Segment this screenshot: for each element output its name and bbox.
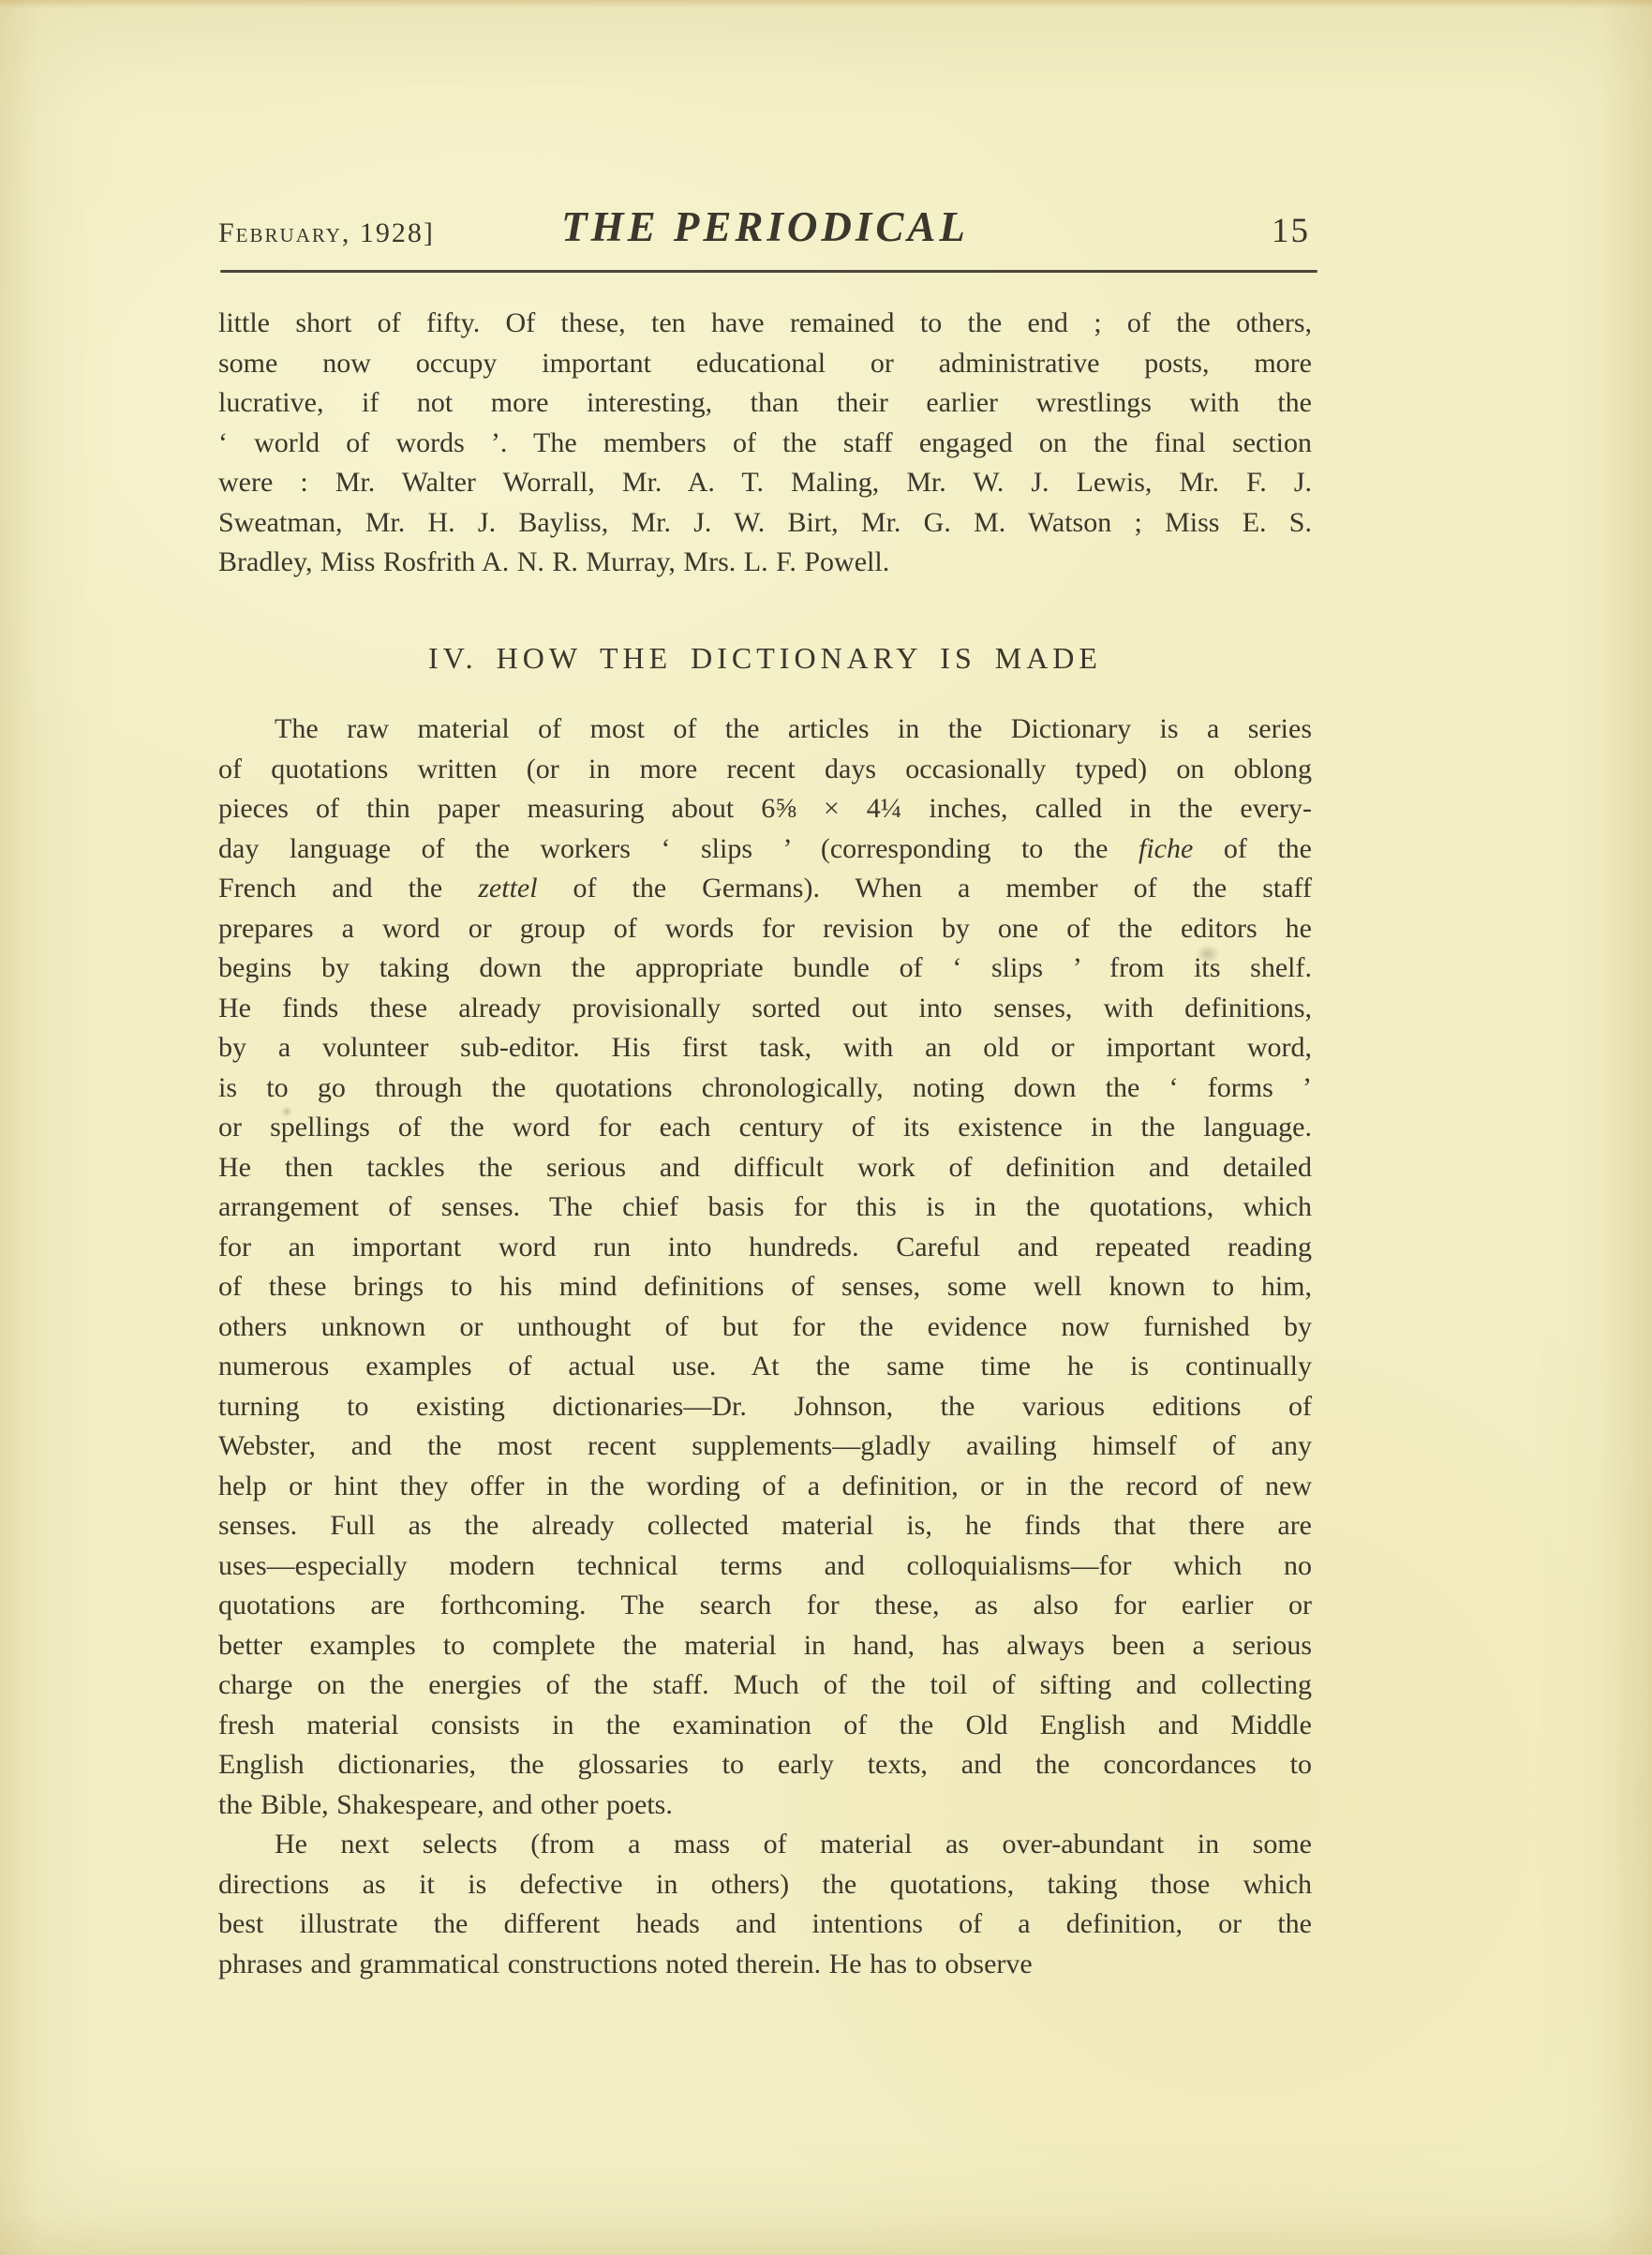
page-header: February, 1928] THE PERIODICAL 15	[218, 202, 1312, 251]
paragraph-how-made: The raw material of most of the articles…	[218, 709, 1312, 1825]
text-line: prepares a word or group of words for re…	[218, 909, 1312, 949]
body-text: little short of fifty. Of these, ten hav…	[218, 307, 1312, 338]
body-text: day language of the workers ‘ slips ’ (c…	[218, 833, 1139, 864]
body-text: or spellings of the word for each centur…	[218, 1112, 1312, 1142]
body-text: directions as it is defective in others)…	[218, 1869, 1312, 1900]
body-text: He next selects (from a mass of material…	[275, 1829, 1312, 1859]
text-line: turning to existing dictionaries—Dr. Joh…	[218, 1387, 1312, 1427]
text-line: by a volunteer sub-editor. His first tas…	[218, 1028, 1312, 1068]
body-text: better examples to complete the material…	[218, 1630, 1312, 1661]
body-text: senses. Full as the already collected ma…	[218, 1510, 1312, 1541]
body-text: of the Germans). When a member of the st…	[538, 873, 1312, 903]
text-line: phrases and grammatical constructions no…	[218, 1945, 1312, 1985]
text-line: some now occupy important educational or…	[218, 344, 1312, 384]
text-line: were : Mr. Walter Worrall, Mr. A. T. Mal…	[218, 463, 1312, 503]
text-line: uses—especially modern technical terms a…	[218, 1546, 1312, 1587]
text-line: the Bible, Shakespeare, and other poets.	[218, 1785, 1312, 1826]
text-line: of these brings to his mind definitions …	[218, 1267, 1312, 1307]
text-line: French and the zettel of the Germans). W…	[218, 869, 1312, 909]
body-text: by a volunteer sub-editor. His first tas…	[218, 1032, 1312, 1063]
text-line: ‘ world of words ’. The members of the s…	[218, 424, 1312, 464]
text-line: help or hint they offer in the wording o…	[218, 1467, 1312, 1507]
text-line: for an important word run into hundreds.…	[218, 1228, 1312, 1268]
body-text: English dictionaries, the glossaries to …	[218, 1749, 1312, 1780]
paragraph-he-next-selects: He next selects (from a mass of material…	[218, 1825, 1312, 1984]
text-line: is to go through the quotations chronolo…	[218, 1068, 1312, 1109]
text-line: pieces of thin paper measuring about 6⅝ …	[218, 789, 1312, 829]
body-text: fresh material consists in the examinati…	[218, 1710, 1312, 1740]
text-line: best illustrate the different heads and …	[218, 1904, 1312, 1945]
header-title: THE PERIODICAL	[561, 202, 969, 251]
text-line: He then tackles the serious and difficul…	[218, 1148, 1312, 1188]
text-line: He next selects (from a mass of material…	[218, 1825, 1312, 1865]
header-date: February, 1928]	[218, 217, 435, 249]
body-text: were : Mr. Walter Worrall, Mr. A. T. Mal…	[218, 467, 1312, 498]
body-text: pieces of thin paper measuring about 6⅝ …	[218, 793, 1312, 824]
section-heading: IV. HOW THE DICTIONARY IS MADE	[218, 637, 1312, 679]
text-line: numerous examples of actual use. At the …	[218, 1347, 1312, 1387]
body-text: best illustrate the different heads and …	[218, 1908, 1312, 1939]
body-text: help or hint they offer in the wording o…	[218, 1471, 1312, 1501]
body-text: phrases and grammatical constructions no…	[218, 1949, 1033, 1979]
body-text: some now occupy important educational or…	[218, 348, 1312, 379]
scanned-page: February, 1928] THE PERIODICAL 15 little…	[0, 0, 1652, 2255]
body-text: others unknown or unthought of but for t…	[218, 1311, 1312, 1342]
body-text: Sweatman, Mr. H. J. Bayliss, Mr. J. W. B…	[218, 507, 1312, 538]
text-line: Bradley, Miss Rosfrith A. N. R. Murray, …	[218, 543, 1312, 583]
text-line: quotations are forthcoming. The search f…	[218, 1586, 1312, 1626]
text-line: begins by taking down the appropriate bu…	[218, 948, 1312, 989]
body-text: of quotations written (or in more recent…	[218, 754, 1312, 784]
body-text: Webster, and the most recent supplements…	[218, 1430, 1312, 1461]
text-line: little short of fifty. Of these, ten hav…	[218, 304, 1312, 344]
text-line: day language of the workers ‘ slips ’ (c…	[218, 829, 1312, 870]
text-line: The raw material of most of the articles…	[218, 709, 1312, 750]
text-line: of quotations written (or in more recent…	[218, 750, 1312, 790]
body-text: lucrative, if not more interesting, than…	[218, 387, 1312, 418]
italic-text: fiche	[1139, 833, 1193, 864]
body-text: French and the	[218, 873, 478, 903]
body-text: of the	[1193, 833, 1312, 864]
header-page-number: 15	[1272, 211, 1310, 251]
body-text: The raw material of most of the articles…	[275, 713, 1312, 744]
body-text: for an important word run into hundreds.…	[218, 1232, 1312, 1262]
text-line: charge on the energies of the staff. Muc…	[218, 1665, 1312, 1706]
body-text: uses—especially modern technical terms a…	[218, 1550, 1312, 1581]
text-line: directions as it is defective in others)…	[218, 1865, 1312, 1905]
text-line: fresh material consists in the examinati…	[218, 1706, 1312, 1746]
body-text: begins by taking down the appropriate bu…	[218, 952, 1312, 983]
body-text: He then tackles the serious and difficul…	[218, 1152, 1312, 1183]
text-line: others unknown or unthought of but for t…	[218, 1307, 1312, 1348]
paragraph-staff-list: little short of fifty. Of these, ten hav…	[218, 304, 1312, 583]
header-rule	[220, 270, 1317, 273]
body-text: quotations are forthcoming. The search f…	[218, 1590, 1312, 1620]
text-line: Sweatman, Mr. H. J. Bayliss, Mr. J. W. B…	[218, 503, 1312, 544]
text-line: English dictionaries, the glossaries to …	[218, 1745, 1312, 1785]
body-text: prepares a word or group of words for re…	[218, 913, 1312, 944]
body-text: the Bible, Shakespeare, and other poets.	[218, 1789, 673, 1820]
body-text: He finds these already provisionally sor…	[218, 993, 1312, 1023]
body-text: numerous examples of actual use. At the …	[218, 1351, 1312, 1381]
text-line: Webster, and the most recent supplements…	[218, 1426, 1312, 1467]
body-text: arrangement of senses. The chief basis f…	[218, 1191, 1312, 1222]
text-line: He finds these already provisionally sor…	[218, 989, 1312, 1029]
body-text: ‘ world of words ’. The members of the s…	[218, 427, 1312, 458]
italic-text: zettel	[478, 873, 537, 903]
body-text: is to go through the quotations chronolo…	[218, 1072, 1312, 1103]
text-line: arrangement of senses. The chief basis f…	[218, 1187, 1312, 1228]
text-line: better examples to complete the material…	[218, 1626, 1312, 1666]
body-text: Bradley, Miss Rosfrith A. N. R. Murray, …	[218, 546, 889, 577]
body-text: turning to existing dictionaries—Dr. Joh…	[218, 1391, 1312, 1422]
body-text: of these brings to his mind definitions …	[218, 1271, 1312, 1302]
text-line: lucrative, if not more interesting, than…	[218, 383, 1312, 424]
text-line: senses. Full as the already collected ma…	[218, 1506, 1312, 1546]
body-text: charge on the energies of the staff. Muc…	[218, 1669, 1312, 1700]
text-line: or spellings of the word for each centur…	[218, 1108, 1312, 1148]
